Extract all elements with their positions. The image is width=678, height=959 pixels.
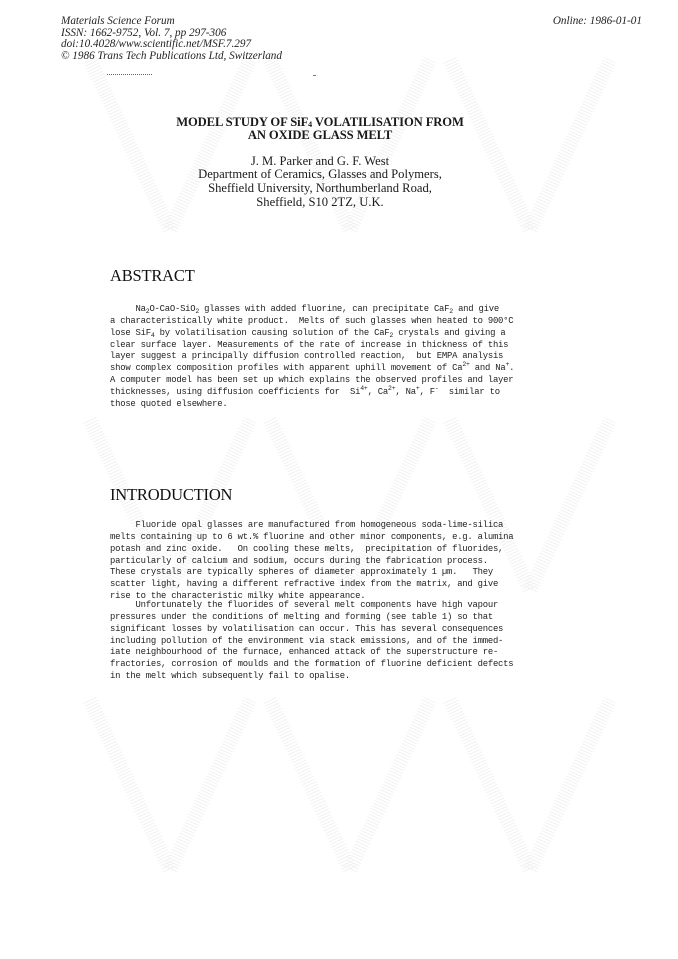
journal-citation-header: Materials Science Forum ISSN: 1662-9752,… (61, 16, 282, 62)
text-line: Unfortunately the fluorides of several m… (110, 600, 550, 612)
author-names: J. M. Parker and G. F. West (110, 155, 530, 169)
introduction-paragraph-1: Fluoride opal glasses are manufactured f… (110, 520, 550, 603)
scan-artifact (107, 74, 152, 77)
text-line: melts containing up to 6 wt.% fluorine a… (110, 532, 550, 544)
text-line: scatter light, having a different refrac… (110, 579, 550, 591)
text-line: Na2O-CaO-SiO2 glasses with added fluorin… (110, 304, 550, 316)
text-line: clear surface layer. Measurements of the… (110, 340, 550, 352)
paper-title-block: MODEL STUDY OF SiF4 VOLATILISATION FROM … (110, 116, 530, 209)
title-text: MODEL STUDY OF SiF (176, 115, 308, 129)
journal-name: Materials Science Forum (61, 16, 282, 28)
title-line-2: AN OXIDE GLASS MELT (110, 129, 530, 142)
copyright-line: © 1986 Trans Tech Publications Ltd, Swit… (61, 51, 282, 63)
text-line: layer suggest a principally diffusion co… (110, 351, 550, 363)
scan-artifact (313, 75, 316, 76)
text-line: A computer model has been set up which e… (110, 375, 550, 387)
title-text: VOLATILISATION FROM (312, 115, 464, 129)
affiliation-line: Sheffield, S10 2TZ, U.K. (110, 196, 530, 210)
text-line: in the melt which subsequently fail to o… (110, 671, 550, 683)
text-line: pressures under the conditions of meltin… (110, 612, 550, 624)
text-line: lose SiF4 by volatilisation causing solu… (110, 328, 550, 340)
paper-title: MODEL STUDY OF SiF4 VOLATILISATION FROM … (110, 116, 530, 143)
introduction-heading: INTRODUCTION (110, 485, 232, 505)
text-line: particularly of calcium and sodium, occu… (110, 556, 550, 568)
affiliation-line: Sheffield University, Northumberland Roa… (110, 182, 530, 196)
affiliation-line: Department of Ceramics, Glasses and Poly… (110, 168, 530, 182)
text-line: fractories, corrosion of moulds and the … (110, 659, 550, 671)
text-line: iate neighbourhood of the furnace, enhan… (110, 647, 550, 659)
text-line: significant losses by volatilisation can… (110, 624, 550, 636)
text-line: those quoted elsewhere. (110, 399, 550, 411)
abstract-heading: ABSTRACT (110, 266, 195, 286)
title-line-1: MODEL STUDY OF SiF4 VOLATILISATION FROM (110, 116, 530, 129)
abstract-body: Na2O-CaO-SiO2 glasses with added fluorin… (110, 304, 550, 411)
online-date: Online: 1986-01-01 (553, 16, 642, 28)
introduction-paragraph-2: Unfortunately the fluorides of several m… (110, 600, 550, 683)
authors-block: J. M. Parker and G. F. West Department o… (110, 155, 530, 209)
text-line: potash and zinc oxide. On cooling these … (110, 544, 550, 556)
text-line: show complex composition profiles with a… (110, 363, 550, 375)
text-line: including pollution of the environment v… (110, 636, 550, 648)
text-line: These crystals are typically spheres of … (110, 567, 550, 579)
text-line: thicknesses, using diffusion coefficient… (110, 387, 550, 399)
text-line: Fluoride opal glasses are manufactured f… (110, 520, 550, 532)
text-line: a characteristically white product. Melt… (110, 316, 550, 328)
